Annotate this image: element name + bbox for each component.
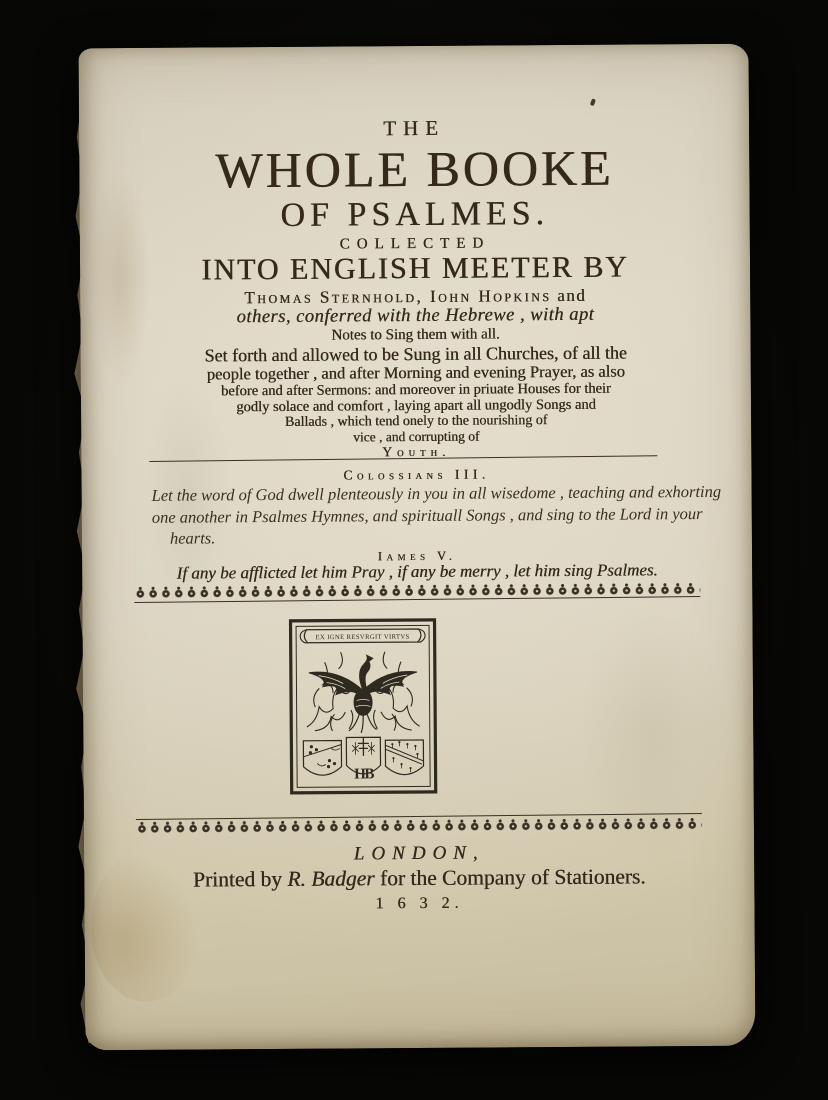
- colossians-line: one another in Psalmes Hymnes, and spiri…: [152, 503, 664, 528]
- imprint-prefix: Printed by: [193, 867, 288, 892]
- imprint-city: LONDON,: [84, 841, 754, 868]
- colossians-passage: Let the word of God dwell plenteously in…: [152, 481, 664, 549]
- imprint-suffix: for the Company of Stationers.: [374, 864, 645, 890]
- iames-line: If any be afflicted let him Pray , if an…: [82, 560, 752, 585]
- book-page-wrap: THE WHOLE BOOKE OF PSALMES. COLLECTED IN…: [79, 44, 756, 1051]
- title-page: THE WHOLE BOOKE OF PSALMES. COLLECTED IN…: [79, 44, 756, 1051]
- rosette-ornament-row: [136, 817, 702, 834]
- imprint-year: 1 6 3 2.: [84, 893, 754, 916]
- preface-paragraph: Set forth and allowed to be Sung in all …: [81, 343, 752, 462]
- ornament-band-top: [134, 582, 700, 602]
- ink-speck: [590, 98, 596, 106]
- imprint-printer: R. Badger: [287, 866, 374, 891]
- authors-and: and: [551, 286, 586, 305]
- authors-names: Thomas Sternhold, Iohn Hopkins: [244, 286, 551, 307]
- colossians-line: Let the word of God dwell plenteously in…: [152, 481, 664, 506]
- printers-device-woodcut: EX IGNE RESVRGIT VIRTVS HB: [288, 618, 437, 795]
- ornament-band-bottom: [136, 814, 702, 834]
- title-whole-booke: WHOLE BOOKE: [79, 138, 749, 201]
- device-motto: EX IGNE RESVRGIT VIRTVS: [316, 634, 410, 642]
- title-into-english-meeter: INTO ENGLISH MEETER BY: [80, 250, 750, 289]
- device-monogram: HB: [354, 766, 374, 782]
- title-of-psalmes: OF PSALMES.: [80, 194, 750, 237]
- imprint-line: Printed by R. Badger for the Company of …: [84, 864, 754, 894]
- colossians-line: hearts.: [152, 524, 664, 549]
- photograph-backdrop: THE WHOLE BOOKE OF PSALMES. COLLECTED IN…: [0, 0, 828, 1100]
